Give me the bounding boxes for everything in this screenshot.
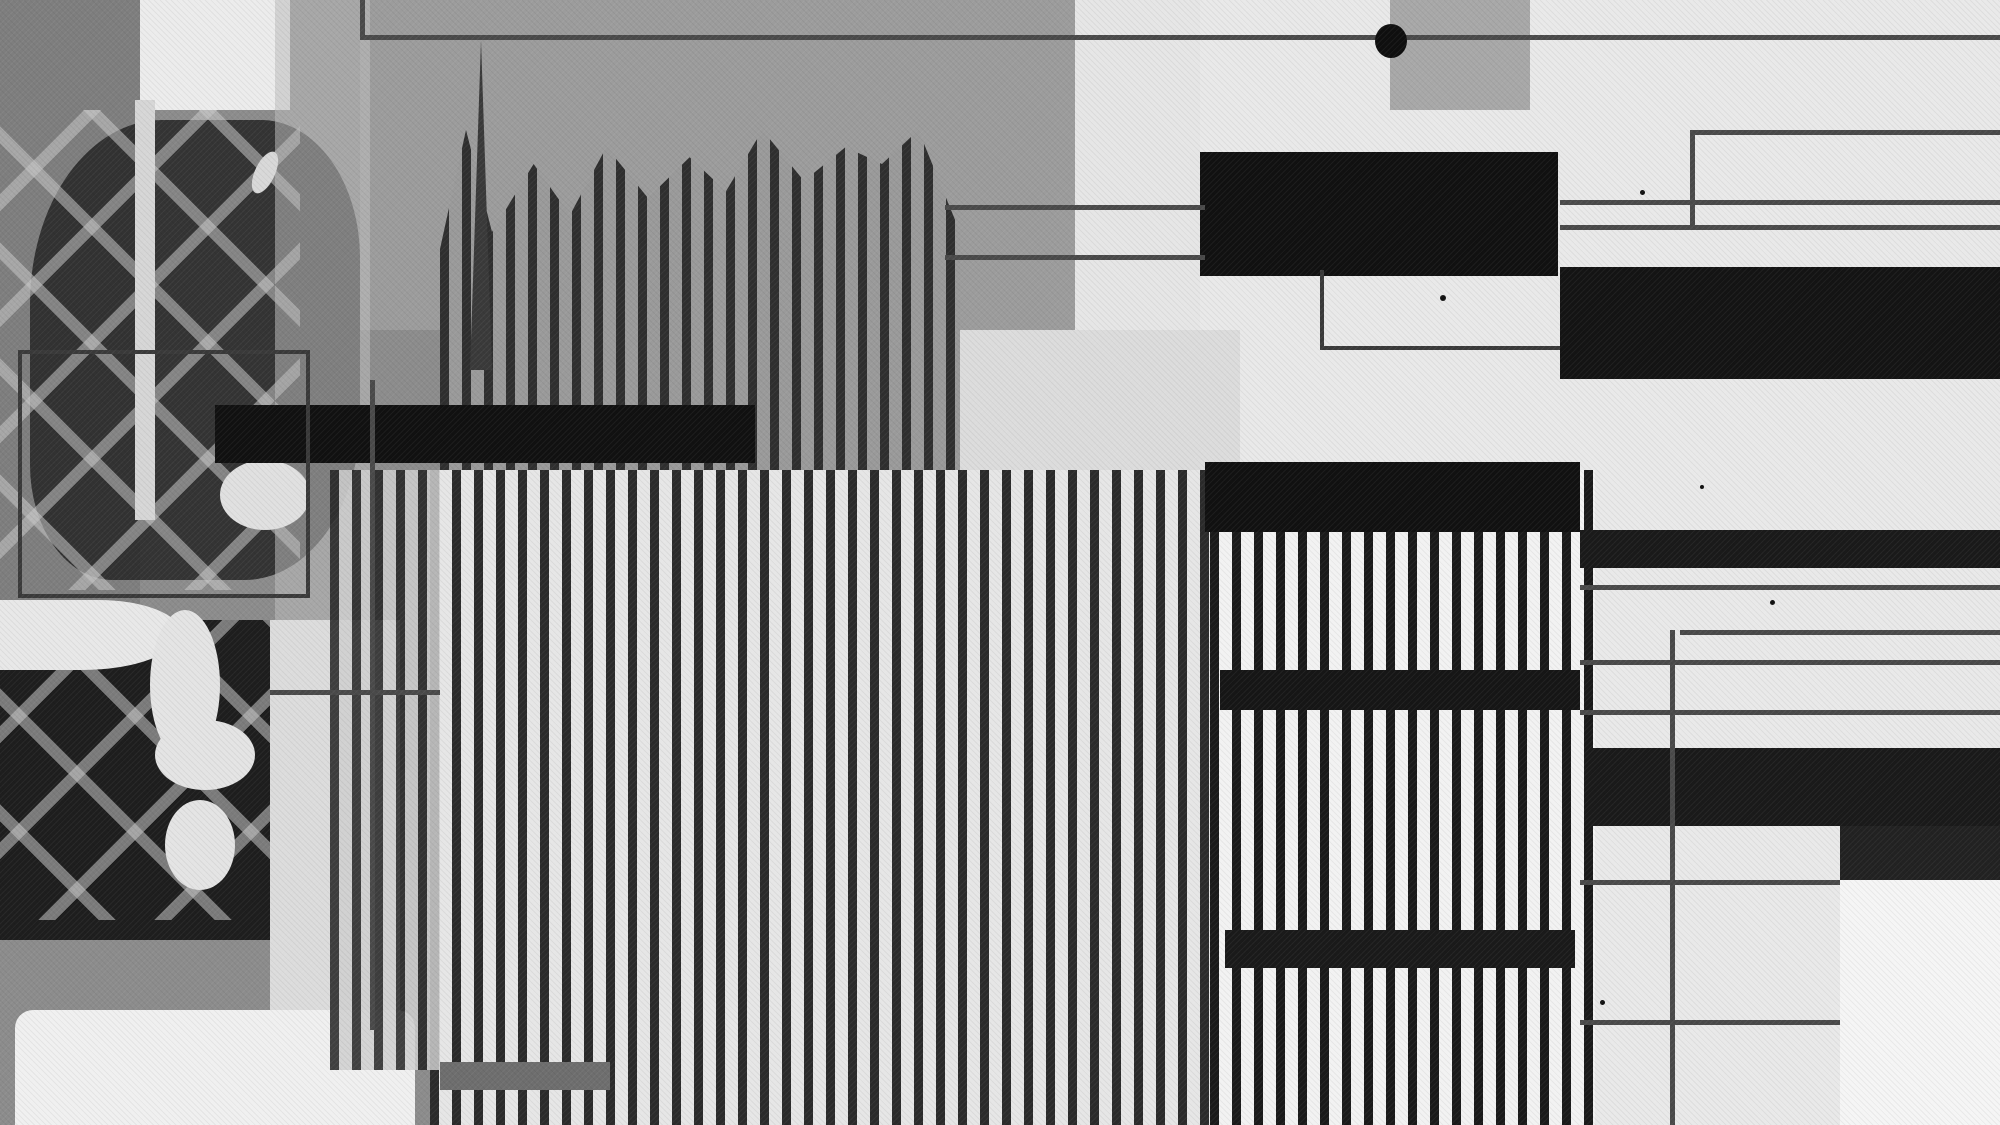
bottom-center-right-bar: [1225, 930, 1575, 968]
top-left-light-panel: [130, 0, 290, 110]
right-combed-ridges: [1210, 470, 1595, 1125]
abstract-painting: [0, 0, 2000, 1125]
right-ruled-line-4: [1580, 585, 2000, 590]
white-drip-3: [155, 720, 255, 790]
spray-speckle-6: [1600, 1000, 1605, 1005]
spray-speckle-4: [1700, 485, 1704, 489]
right-ruled-line-5: [1680, 630, 2000, 635]
center-combed-ridges: [430, 470, 1220, 1125]
upper-center-line-2: [945, 255, 1205, 260]
upper-mid-outline-rect: [1320, 270, 1560, 350]
right-ruled-vertical-2: [1670, 630, 1675, 1125]
top-left-ruled-line: [360, 0, 365, 40]
white-drip-4: [165, 800, 235, 890]
spray-speckle-3: [1770, 600, 1775, 605]
right-top-grey-wash: [1390, 0, 1530, 110]
upper-center-line-1: [945, 205, 1205, 210]
spray-speckle-1: [1440, 295, 1446, 301]
right-ruled-line-1: [1690, 130, 2000, 135]
right-ruled-line-9: [1580, 1020, 1840, 1025]
mid-right-bar: [1580, 530, 2000, 568]
lower-right-bar: [1585, 748, 2000, 826]
bottom-left-grey-bar: [440, 1062, 610, 1090]
spray-speckle-5: [1530, 520, 1535, 525]
right-ruled-line-8: [1580, 880, 1840, 885]
upper-right-long-bar: [1560, 267, 2000, 379]
lower-right-bar-extension: [1840, 826, 2000, 881]
mid-right-bar-upper: [1205, 462, 1580, 532]
left-ruled-vertical: [370, 380, 375, 1030]
bottom-right-white-panel: [1840, 880, 2000, 1125]
right-ruled-vertical-1: [1690, 130, 1695, 225]
left-ruled-line-lower: [270, 690, 440, 695]
center-right-bar: [1220, 670, 1580, 710]
top-right-bar: [1200, 152, 1558, 276]
black-paint-dot: [1375, 24, 1407, 58]
left-outline-rect: [18, 350, 310, 598]
right-ruled-line-6: [1580, 660, 2000, 665]
upper-center-light-band: [940, 330, 1240, 470]
right-ruled-line-3: [1560, 225, 2000, 230]
spray-speckle-2: [1640, 190, 1645, 195]
right-ruled-line-7: [1580, 710, 2000, 715]
top-ruled-line: [360, 35, 2000, 40]
right-ruled-line-2: [1560, 200, 2000, 205]
left-combed-ridges: [330, 470, 440, 1070]
